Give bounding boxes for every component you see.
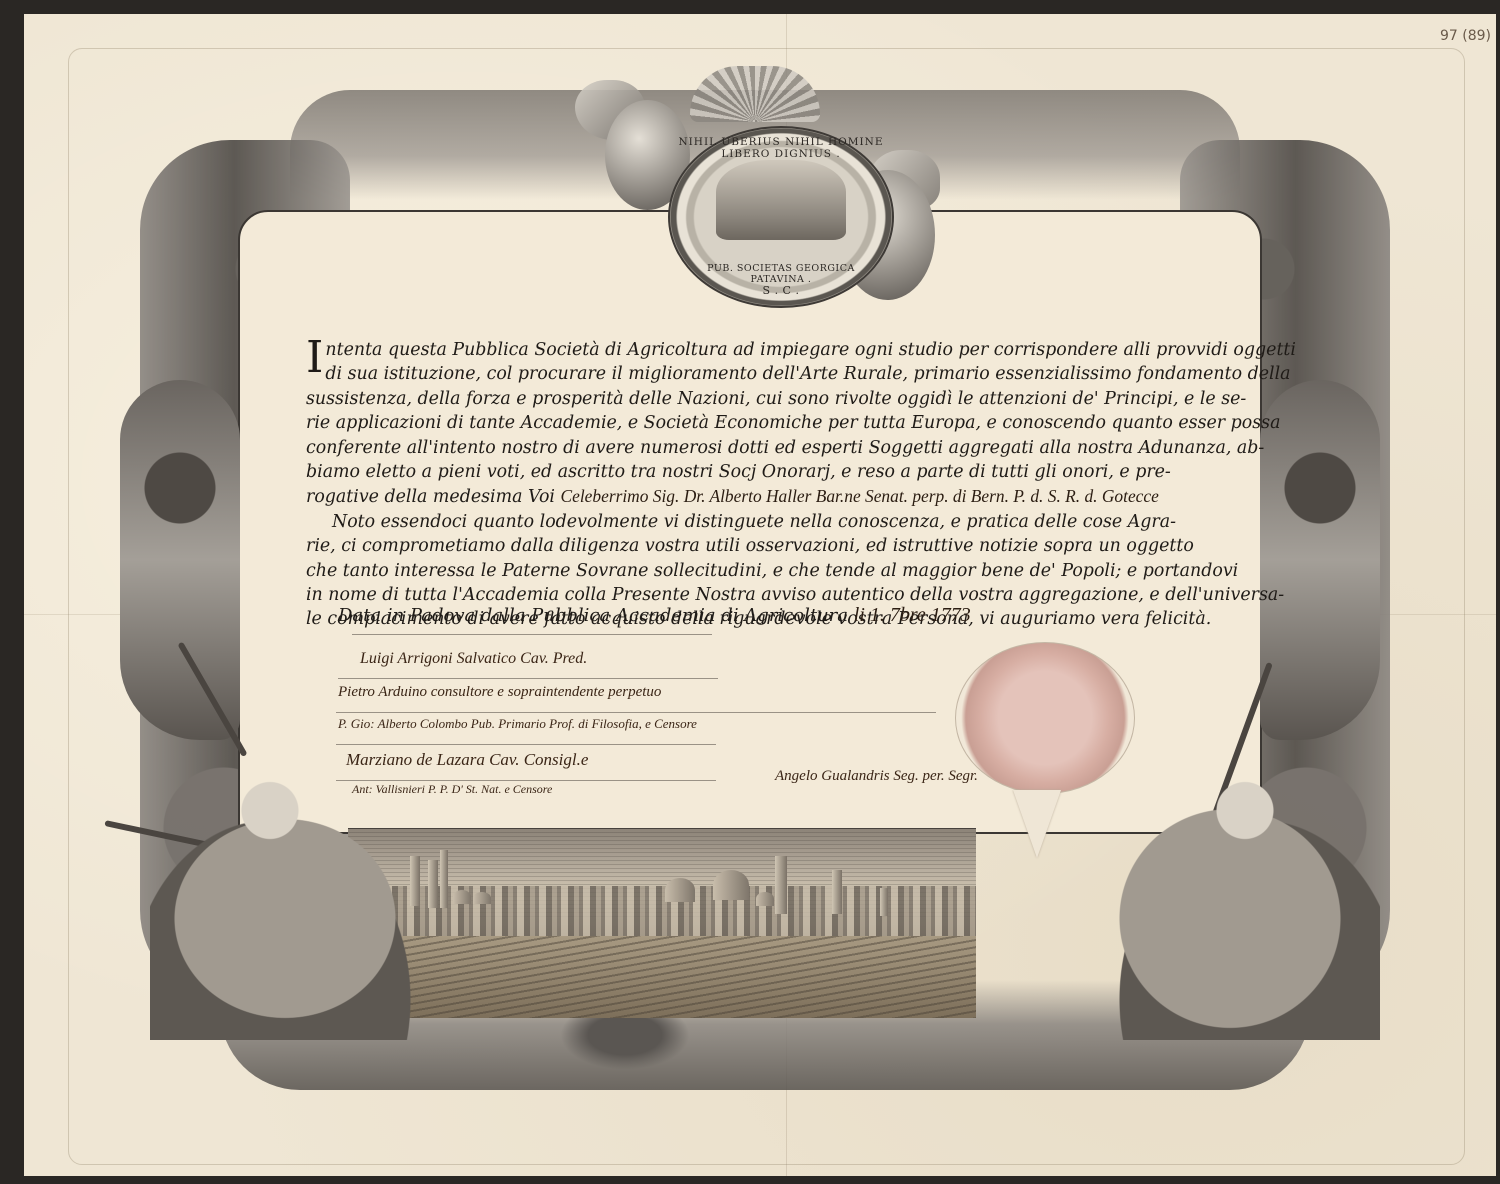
shell-ornament-icon (690, 66, 820, 122)
signature: P. Gio: Alberto Colombo Pub. Primario Pr… (338, 716, 697, 732)
body-line: che tanto interessa le Paterne Sovrane s… (306, 559, 1206, 583)
signature: Luigi Arrigoni Salvatico Cav. Pred. (360, 650, 587, 668)
dome-icon (756, 892, 774, 906)
recipient-name: Celeberrimo Sig. Dr. Alberto Haller Bar.… (561, 486, 1159, 506)
date-handwritten: li 1. 7bre 1773 (854, 604, 971, 626)
archive-number: 97 (89) (1440, 28, 1491, 44)
cornucopia-left-icon (120, 380, 240, 740)
medallion-motto: NIHIL UBERIUS NIHIL HOMINE LIBERO DIGNIU… (670, 136, 892, 160)
signature-rule (336, 744, 716, 745)
body-line: Noto essendoci quanto lodevolmente vi di… (306, 510, 1206, 534)
tower-icon (775, 856, 787, 914)
body-line: rogative della medesima Voi Celeberrimo … (306, 484, 1206, 509)
dome-icon (665, 878, 695, 902)
body-line: ntenta questa Pubblica Società di Agrico… (306, 338, 1206, 362)
dome-icon (453, 890, 471, 904)
date-line: Data in Padova dalla Pubblica Accademia … (338, 604, 971, 627)
tower-icon (880, 888, 888, 916)
body-line: sussistenza, della forza e prosperità de… (306, 387, 1206, 411)
signature: Angelo Gualandris Seg. per. Segr. (775, 768, 978, 785)
body-line: rie, ci comprometiamo dalla diligenza vo… (306, 534, 1206, 558)
certificate-body: I ntenta questa Pubblica Società di Agri… (306, 338, 1206, 632)
signature-rule (336, 712, 936, 713)
seal-tail-icon (1013, 790, 1061, 858)
signature-rule (352, 634, 712, 635)
signature-rule (338, 678, 718, 679)
allegorical-figure-left (150, 770, 450, 1040)
tower-icon (832, 870, 842, 914)
signature: Pietro Arduino consultore e sopraintende… (338, 684, 661, 701)
allegorical-figure-right (1080, 770, 1380, 1040)
body-line-text: rogative della medesima Voi (306, 487, 555, 507)
body-line: biamo eletto a pieni voti, ed ascritto t… (306, 460, 1206, 484)
body-line: rie applicazioni di tante Accademie, e S… (306, 411, 1206, 435)
society-medallion: NIHIL UBERIUS NIHIL HOMINE LIBERO DIGNIU… (668, 126, 894, 308)
medallion-line: S . C . (763, 285, 800, 296)
medallion-line: PUB. SOCIETAS GEORGICA (707, 263, 855, 274)
dome-icon (713, 870, 749, 900)
signature: Marziano de Lazara Cav. Consigl.e (346, 750, 588, 770)
date-printed: Data in Padova dalla Pubblica Accademia … (338, 605, 848, 626)
cornucopia-right-icon (1260, 380, 1380, 740)
body-line: di sua istituzione, col procurare il mig… (306, 362, 1206, 386)
dome-icon (473, 892, 491, 904)
body-line: conferente all'intento nostro di avere n… (306, 436, 1206, 460)
drop-cap: I (306, 338, 323, 378)
medallion-scene-icon (716, 160, 846, 240)
